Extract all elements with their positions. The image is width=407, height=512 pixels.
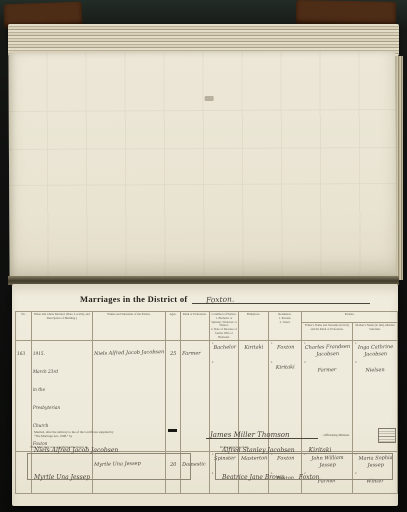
header-ages: Ages. (169, 312, 176, 316)
witness2-signature: Beatrice Jane Brown Foxton (222, 474, 319, 481)
marriage-register-page: Marriages in the District of Foxton. No.… (12, 284, 398, 506)
minister-signature-line: James Miller Thomson (206, 427, 318, 439)
ink-blot (168, 429, 177, 432)
header-parents: Parents. (345, 312, 355, 316)
table-header-row: No. When and where Married. (Date, Local… (16, 312, 398, 323)
groom-birthplace: Kiritaki (241, 345, 267, 352)
district-handwritten: Foxton. (205, 295, 234, 305)
officiating-minister-stamp (378, 428, 396, 443)
witness1-place: Kiritaki (309, 447, 332, 454)
header-residence: Residence. 1. Present. 2. Usual. (278, 312, 291, 324)
groom-father-name: Charles Frandsen Jacobsen (304, 344, 351, 358)
header-names: Names and Surnames of the Parties. (107, 312, 150, 316)
witness1-signature: Alfred Stanley Jacobsen Kiritaki (222, 447, 331, 454)
ink-speck (205, 96, 214, 101)
groom-rank: Farmer (182, 351, 201, 358)
groom-residence-present: Foxton (271, 344, 301, 351)
groom-mother-maiden: Nielsen (353, 367, 397, 375)
header-no: No. (21, 312, 25, 316)
groom-residence-usual: Kiritaki (269, 364, 302, 371)
header-father: Father's Name and Surname (in full), and… (305, 323, 350, 331)
header-condition: Condition of Parties. 1. Bachelor or Spi… (211, 312, 237, 339)
printed-mark-2: 2. (212, 472, 214, 475)
groom-name: Niels Alfred Jacob Jacobsen (94, 349, 164, 357)
witness-signature-box: Alfred Stanley Jacobsen Kiritaki Beatric… (215, 453, 393, 480)
book-cover-corner-right (296, 0, 396, 26)
groom-condition: Bachelor (212, 345, 238, 352)
witness2-place: Foxton (299, 474, 320, 481)
entry-number: 163 (17, 352, 25, 357)
header-birthplace: Birthplace. (247, 312, 260, 316)
officiating-minister-label: , Officiating Minister. (322, 433, 350, 437)
groom-signature: Niels Alfred Jacob Jacobsen (34, 447, 118, 454)
header-mother: Mother's Name (in full), Maiden Surname. (355, 323, 394, 331)
register-photo: Marriages in the District of Foxton. No.… (0, 0, 407, 512)
header-when-where: When and where Married. (Date, Locality,… (34, 312, 90, 320)
blank-verso-page (8, 51, 396, 279)
groom-age: 25 (170, 351, 177, 358)
page-title: Marriages in the District of Foxton. (80, 293, 370, 304)
printed-mark-2: 2. (212, 361, 214, 364)
groom-mother-name: Inga Cathrine Jacobsen (355, 344, 396, 358)
minister-signature: James Miller Thomson (210, 431, 290, 439)
bride-signature: Myrtle Una Jessep (34, 474, 90, 481)
bleed-through-texture (8, 51, 396, 279)
printed-mark-2: 2. (355, 361, 357, 364)
couple-signature-box: Niels Alfred Jacob Jacobsen Myrtle Una J… (27, 453, 191, 480)
printed-mark-2: 2. (271, 361, 273, 364)
header-rank: Rank or Profession. (183, 312, 207, 316)
printed-mark-2: 2. (304, 361, 306, 364)
groom-father-rank: Farmer (302, 367, 352, 375)
certification-line: Married, after the delivery to me of the… (34, 427, 392, 443)
title-printed-text: Marriages in the District of (80, 294, 188, 304)
witness1-name: Alfred Stanley Jacobsen (222, 447, 295, 454)
witness2-name: Beatrice Jane Brown (222, 474, 285, 481)
district-line: Foxton. (192, 293, 370, 304)
